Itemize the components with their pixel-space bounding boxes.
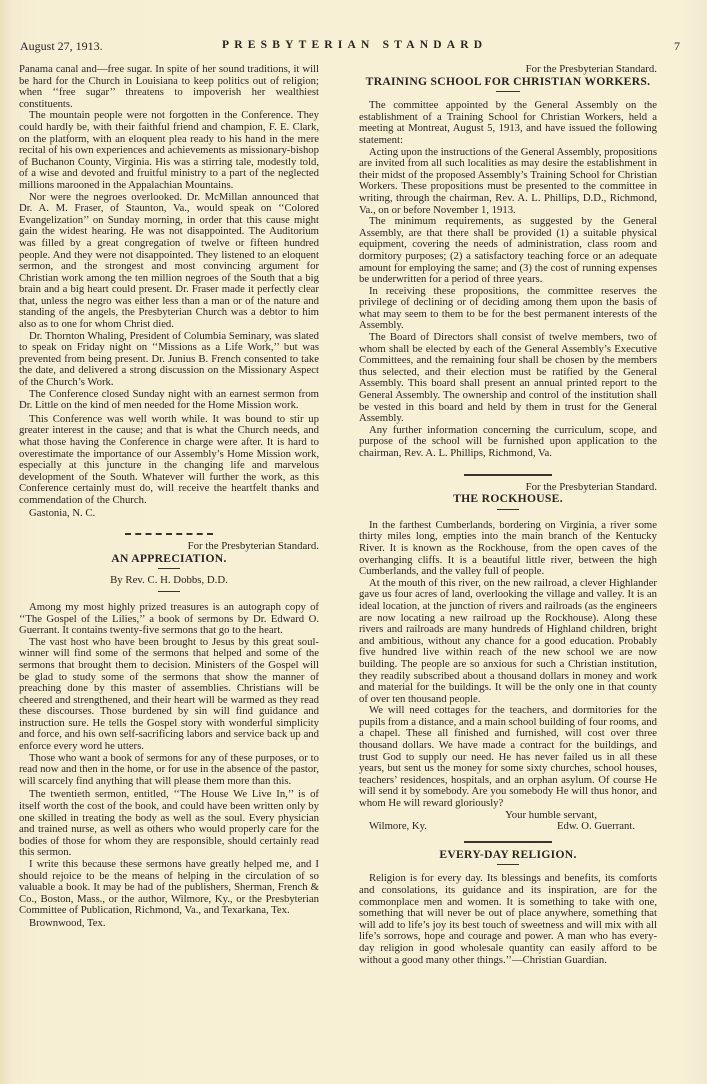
right-column: For the Presbyterian Standard. TRAINING … [359,64,657,966]
headline-rule [497,509,519,510]
paragraph: The Board of Directors shall consist of … [359,332,657,425]
masthead-title: PRESBYTERIAN STANDARD [222,39,487,51]
paragraph: We will need cottages for the teachers, … [359,705,657,809]
paragraph: Those who want a book of sermons for any… [19,753,319,788]
headline-rule [158,568,180,569]
article-headline: AN APPRECIATION. [19,553,319,565]
paragraph: In the farthest Cumberlands, bordering o… [359,520,657,578]
paragraph: The twentieth sermon, entitled, ‘‘The Ho… [19,789,319,859]
article-headline: THE ROCKHOUSE. [359,493,657,505]
article-an-appreciation: For the Presbyterian Standard. AN APPREC… [19,541,319,929]
section-divider [125,533,213,535]
paragraph: This Conference was well worth while. It… [19,414,319,507]
paragraph: Panama canal and—free sugar. In spite of… [19,64,319,110]
paragraph: At the mouth of this river, on the new r… [359,578,657,706]
newspaper-page: August 27, 1913. PRESBYTERIAN STANDARD 7… [0,0,707,1084]
paragraph: Dr. Thornton Whaling, President of Colum… [19,331,319,389]
paragraph: Among my most highly prized treasures is… [19,602,319,637]
article-headline: EVERY-DAY RELIGION. [359,849,657,861]
paragraph: The Conference closed Sunday night with … [19,389,319,412]
article-every-day-religion: EVERY-DAY RELIGION. Religion is for ever… [359,849,657,966]
paragraph: Nor were the negroes overlooked. Dr. McM… [19,192,319,331]
attribution-line: For the Presbyterian Standard. [19,541,319,553]
page-number: 7 [674,39,680,54]
paragraph: Acting upon the instructions of the Gene… [359,147,657,217]
byline-rule [158,591,180,592]
attribution-line: For the Presbyterian Standard. [359,64,657,76]
paragraph: Any further information concerning the c… [359,425,657,460]
paragraph: Religion is for every day. Its blessings… [359,873,657,966]
headline-rule [497,864,519,865]
dateline-place: Wilmore, Ky. [369,821,427,833]
article-rockhouse: For the Presbyterian Standard. THE ROCKH… [359,482,657,833]
article-training-school: For the Presbyterian Standard. TRAINING … [359,64,657,460]
left-column: Panama canal and—free sugar. In spite of… [19,64,319,930]
signature-row: Wilmore, Ky. Edw. O. Guerrant. [359,821,657,833]
continued-article: Panama canal and—free sugar. In spite of… [19,64,319,519]
section-divider [464,474,552,476]
issue-date: August 27, 1913. [20,39,103,54]
headline-rule [496,91,520,92]
dateline-place: Brownwood, Tex. [19,918,319,930]
paragraph: The vast host who have been brought to J… [19,637,319,753]
article-headline: TRAINING SCHOOL FOR CHRISTIAN WORKERS. [359,76,657,88]
paragraph: I write this because these sermons have … [19,859,319,917]
paragraph: The committee appointed by the General A… [359,100,657,146]
page-header: August 27, 1913. PRESBYTERIAN STANDARD 7 [20,39,680,55]
section-divider [464,841,552,843]
paragraph: In receiving these propositions, the com… [359,286,657,332]
paragraph: The minimum requirements, as suggested b… [359,216,657,286]
byline: By Rev. C. H. Dobbs, D.D. [19,575,319,587]
dateline-place: Gastonia, N. C. [19,508,319,520]
signature: Edw. O. Guerrant. [557,821,635,833]
paragraph: The mountain people were not forgotten i… [19,110,319,191]
